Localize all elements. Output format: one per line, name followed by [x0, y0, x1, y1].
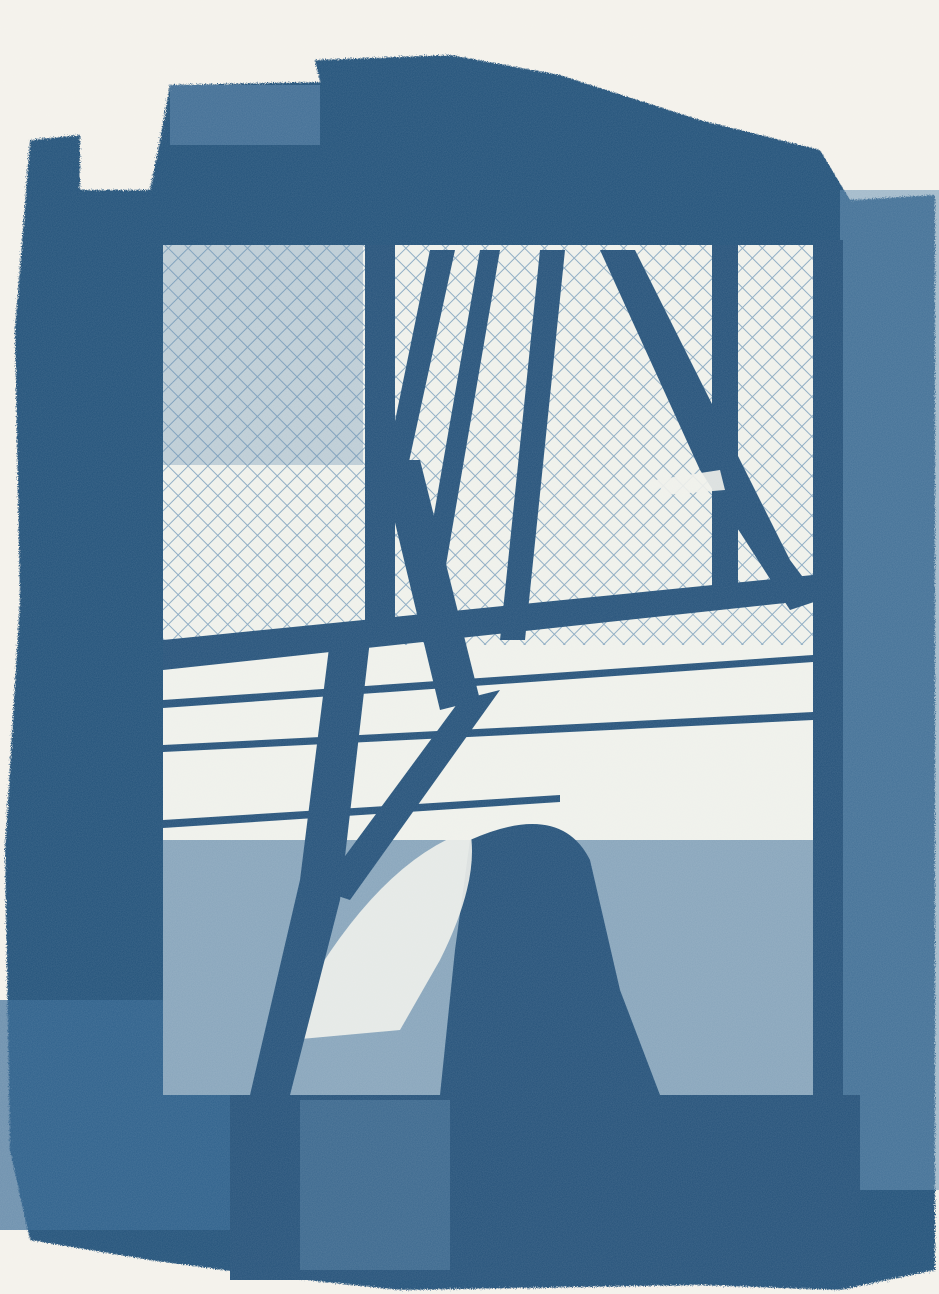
paper-grain: [0, 0, 939, 1294]
cyanotype-print: [0, 0, 939, 1294]
print-artwork: [0, 0, 939, 1294]
